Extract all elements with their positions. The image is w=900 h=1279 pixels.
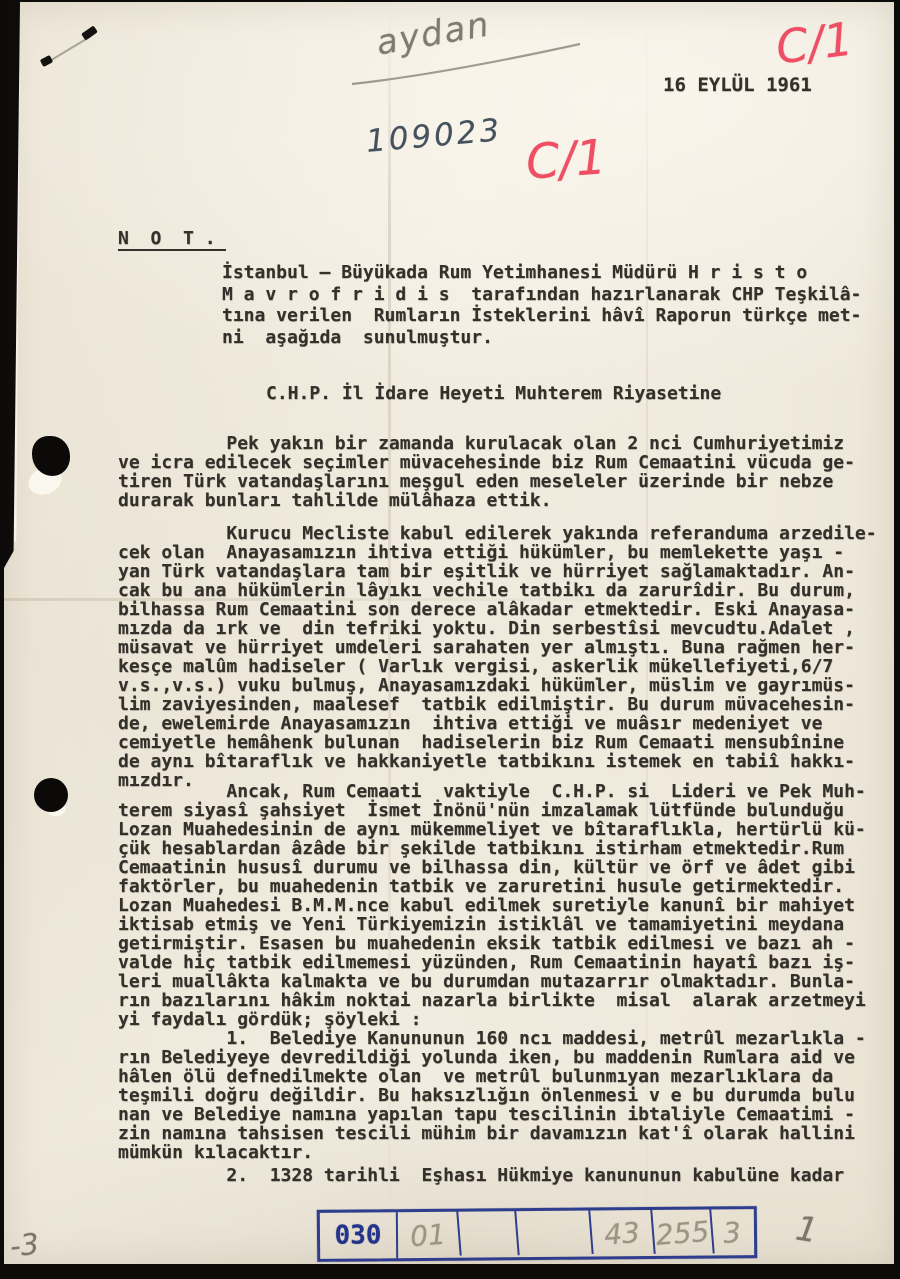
red-classification-mark-center: C/1 (524, 129, 608, 190)
stamp-cell-4: 43 (590, 1208, 655, 1259)
intro-paragraph: İstanbul – Büyükada Rum Yetimhanesi Müdü… (222, 262, 900, 348)
note-heading: N O T . (118, 229, 226, 251)
archive-registry-stamp: 030 01 43 255 3 (317, 1206, 757, 1262)
document-page: aydan C/1 16 EYLÜL 1961 109023 C/1 N O T… (4, 2, 894, 1264)
list-item-1: 1. Belediye Kanununun 160 ncı maddesi, m… (118, 1029, 888, 1162)
stamp-cell-5: 255 (652, 1207, 714, 1257)
hole-punch-top-icon (32, 436, 70, 476)
paragraph-3: Ancak, Rum Cemaati vaktiyle C.H.P. si Li… (118, 782, 888, 1029)
scan-background: aydan C/1 16 EYLÜL 1961 109023 C/1 N O T… (0, 0, 900, 1279)
list-item-2: 2. 1328 tarihli Eşhası Hükmiye kanununun… (118, 1166, 888, 1185)
hole-punch-middle-icon (34, 778, 68, 812)
stamp-cell-1: 01 (396, 1210, 461, 1261)
stamp-cell-3 (516, 1208, 593, 1260)
pencil-page-number: 1 (793, 1209, 821, 1252)
stamp-cell-2 (458, 1209, 519, 1259)
staple-mark (40, 55, 53, 67)
serial-number: 109023 (365, 112, 504, 160)
pencil-corner-number: -3 (8, 1227, 40, 1264)
date-stamp: 16 EYLÜL 1961 (663, 76, 812, 95)
paragraph-1: Pek yakın bir zamanda kurulacak olan 2 n… (118, 434, 882, 510)
staple-mark (81, 25, 98, 40)
handwritten-underline-stroke (348, 38, 588, 90)
red-classification-mark-top: C/1 (773, 12, 856, 75)
stamp-cell-0: 030 (320, 1212, 398, 1259)
paragraph-2: Kurucu Mecliste kabul edilerek yakında r… (118, 524, 882, 790)
salutation-line: C.H.P. İl İdare Heyeti Muhterem Riyaseti… (266, 384, 721, 403)
stamp-cell-6: 3 (711, 1208, 752, 1257)
